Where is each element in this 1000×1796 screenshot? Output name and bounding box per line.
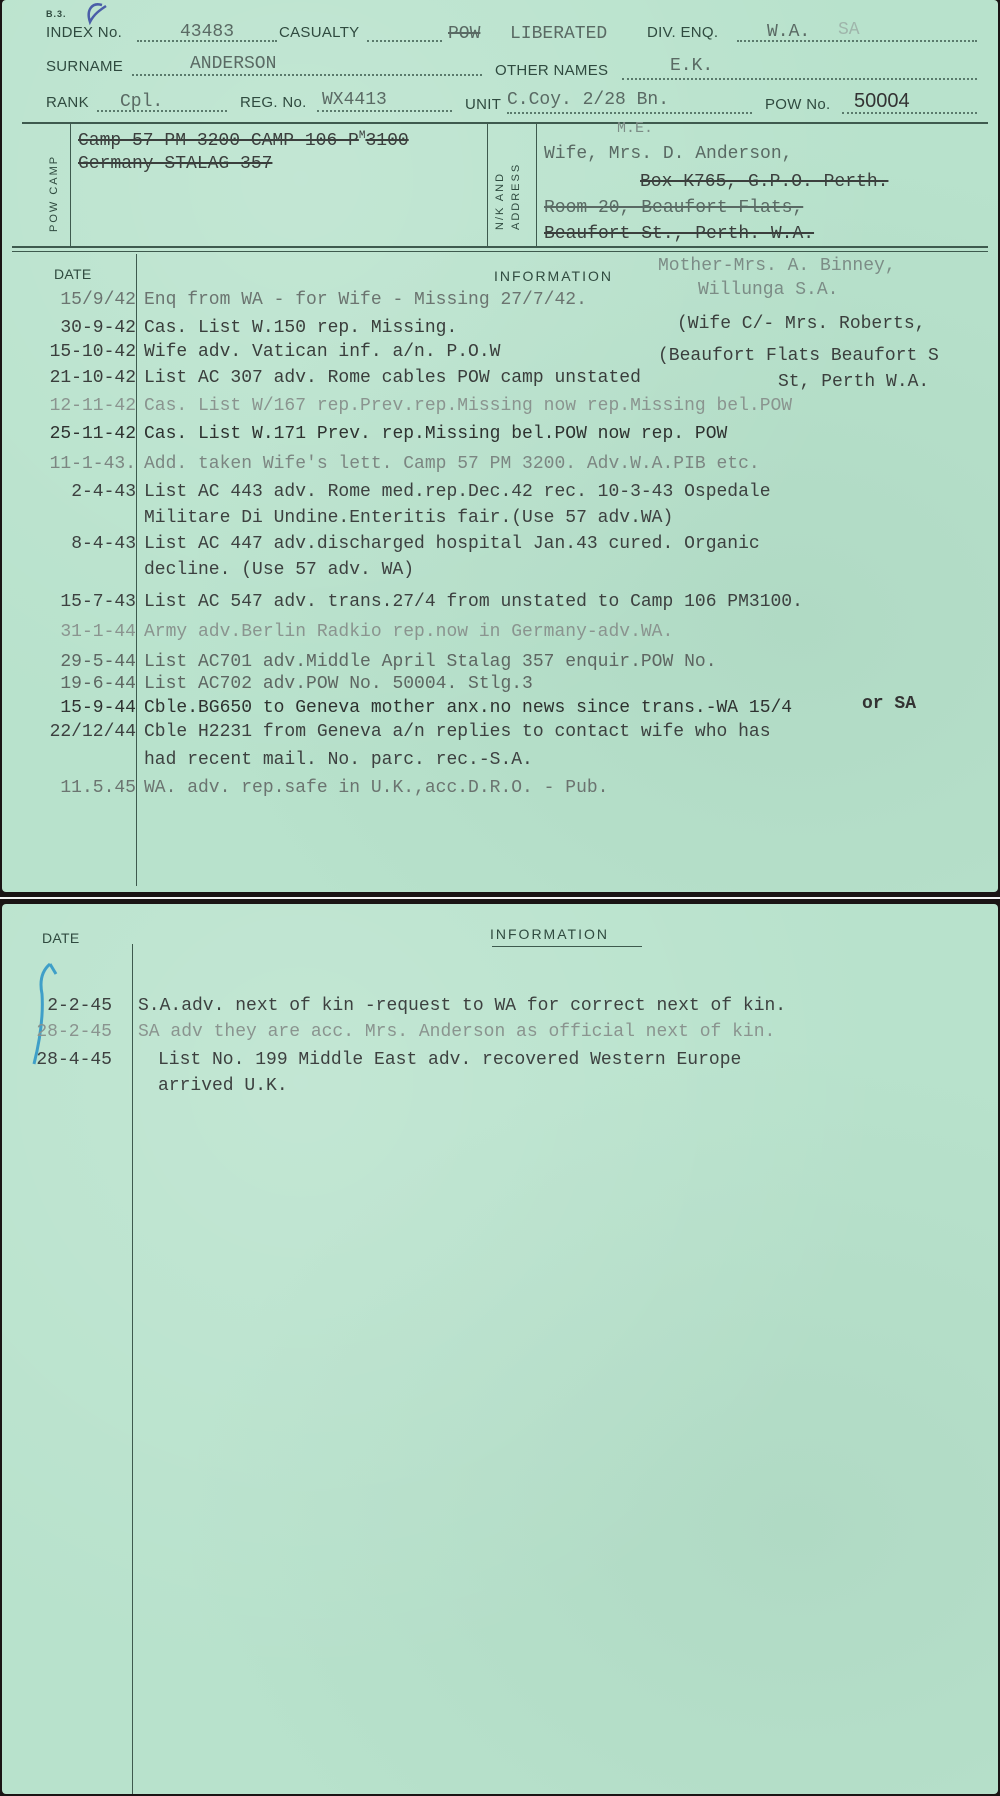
row-text: Army adv.Berlin Radkio rep.now in German…: [144, 622, 673, 642]
row-text: List No. 199 Middle East adv. recovered …: [158, 1050, 741, 1070]
row-date: 15-9-44: [60, 698, 136, 718]
row-text: Cas. List W/167 rep.Prev.rep.Missing now…: [144, 396, 792, 416]
info-row: 2-4-43List AC 443 adv. Rome med.rep.Dec.…: [2, 482, 998, 506]
info-row: 11-1-43.Add. taken Wife's lett. Camp 57 …: [2, 454, 998, 478]
row-text: List AC702 adv.POW No. 50004. Stlg.3: [144, 674, 533, 694]
info-row: arrived U.K.: [2, 1076, 998, 1100]
row-text: List AC 307 adv. Rome cables POW camp un…: [144, 368, 641, 388]
info-row: 28-2-45SA adv they are acc. Mrs. Anderso…: [2, 1022, 998, 1046]
margin-note-mother: Mother-Mrs. A. Binney,: [658, 256, 896, 276]
row-text: WA. adv. rep.safe in U.K.,acc.D.R.O. - P…: [144, 778, 608, 798]
reg-no-value: WX4413: [322, 90, 387, 110]
nok-line-3: Room 20, Beaufort Flats,: [544, 198, 803, 218]
pow-camp-line1: Camp 57 PM 3200 CAMP 106 PM3100: [78, 130, 409, 151]
row-text: S.A.adv. next of kin -request to WA for …: [138, 996, 786, 1016]
row-text: SA adv they are acc. Mrs. Anderson as of…: [138, 1022, 775, 1042]
back-date-header: DATE: [42, 930, 80, 946]
info-row: 12-11-42Cas. List W/167 rep.Prev.rep.Mis…: [2, 396, 998, 420]
nok-line-2: Box K765, G.P.O. Perth.: [640, 172, 888, 192]
row-date: 8-4-43: [71, 534, 136, 554]
rank-label: RANK: [46, 94, 89, 111]
row-date: 12-11-42: [50, 396, 136, 416]
back-information-header: INFORMATION: [490, 926, 609, 942]
unit-label: UNIT: [465, 96, 501, 113]
surname-label: SURNAME: [46, 58, 123, 75]
row-date: 2-4-43: [71, 482, 136, 502]
nok-line-1: Wife, Mrs. D. Anderson,: [544, 144, 792, 164]
info-row: 8-4-43List AC 447 adv.discharged hospita…: [2, 534, 998, 558]
pow-no-value: 50004: [854, 90, 910, 113]
info-row: 31-1-44Army adv.Berlin Radkio rep.now in…: [2, 622, 998, 646]
row-date: 31-1-44: [60, 622, 136, 642]
row-text: Wife adv. Vatican inf. a/n. P.O.W: [144, 342, 500, 362]
pow-camp-label: POW CAMP: [48, 155, 60, 232]
row-text: Cble.BG650 to Geneva mother anx.no news …: [144, 698, 792, 718]
info-row: 15-7-43List AC 547 adv. trans.27/4 from …: [2, 592, 998, 616]
row-text: Cble H2231 from Geneva a/n replies to co…: [144, 722, 771, 742]
info-row: decline. (Use 57 adv. WA): [2, 560, 998, 584]
reg-no-label: REG. No.: [240, 94, 307, 111]
pow-no-label: POW No.: [765, 96, 830, 113]
info-row: 19-6-44List AC702 adv.POW No. 50004. Stl…: [2, 674, 998, 698]
div-enq-extra: SA: [838, 20, 860, 40]
row-text: Militare Di Undine.Enteritis fair.(Use 5…: [144, 508, 673, 528]
row-date: 15-10-42: [50, 342, 136, 362]
nok-label-1: N/K AND: [494, 172, 506, 230]
info-row: 15-10-42Wife adv. Vatican inf. a/n. P.O.…: [2, 342, 998, 366]
row-text: List AC 447 adv.discharged hospital Jan.…: [144, 534, 760, 554]
row-date: 22/12/44: [50, 722, 136, 742]
row-date: 29-5-44: [60, 652, 136, 672]
info-row: 2-2-45S.A.adv. next of kin -request to W…: [2, 996, 998, 1020]
index-card-back: DATE INFORMATION 2-2-45S.A.adv. next of …: [2, 904, 998, 1794]
rank-value: Cpl.: [120, 92, 163, 112]
row-text: decline. (Use 57 adv. WA): [144, 560, 414, 580]
index-no-value: 43483: [180, 22, 234, 42]
row-date: 2-2-45: [47, 996, 112, 1016]
info-row: Militare Di Undine.Enteritis fair.(Use 5…: [2, 508, 998, 532]
row-text: Enq from WA - for Wife - Missing 27/7/42…: [144, 290, 587, 310]
pow-camp-line2: Germany STALAG 357: [78, 154, 272, 174]
info-row: 21-10-42List AC 307 adv. Rome cables POW…: [2, 368, 998, 392]
casualty-label: CASUALTY: [279, 24, 359, 41]
row-date: 11-1-43.: [50, 454, 136, 474]
other-names-label: OTHER NAMES: [495, 62, 608, 79]
row-text: Cas. List W.171 Prev. rep.Missing bel.PO…: [144, 424, 727, 444]
info-row: 15/9/42Enq from WA - for Wife - Missing …: [2, 290, 998, 314]
nok-line-4: Beaufort St., Perth. W.A.: [544, 224, 814, 244]
row-text: had recent mail. No. parc. rec.-S.A.: [144, 750, 533, 770]
info-row: 25-11-42Cas. List W.171 Prev. rep.Missin…: [2, 424, 998, 448]
unit-value: C.Coy. 2/28 Bn.: [507, 90, 669, 110]
index-no-label: INDEX No.: [46, 24, 122, 41]
row-text: List AC 443 adv. Rome med.rep.Dec.42 rec…: [144, 482, 771, 502]
info-row: 15-9-44Cble.BG650 to Geneva mother anx.n…: [2, 698, 998, 722]
info-row: 29-5-44List AC701 adv.Middle April Stala…: [2, 652, 998, 676]
row-date: 25-11-42: [50, 424, 136, 444]
casualty-value: LIBERATED: [510, 24, 607, 44]
date-header: DATE: [54, 266, 92, 282]
row-date: 15/9/42: [60, 290, 136, 310]
row-text: Add. taken Wife's lett. Camp 57 PM 3200.…: [144, 454, 760, 474]
card-separator: [0, 892, 1000, 904]
info-row: 22/12/44Cble H2231 from Geneva a/n repli…: [2, 722, 998, 746]
information-header: INFORMATION: [494, 268, 613, 284]
div-enq-value: W.A.: [767, 22, 810, 42]
row-text: List AC701 adv.Middle April Stalag 357 e…: [144, 652, 717, 672]
casualty-struck: POW: [448, 24, 480, 44]
info-row: 30-9-42Cas. List W.150 rep. Missing.: [2, 318, 998, 342]
info-row: 11.5.45WA. adv. rep.safe in U.K.,acc.D.R…: [2, 778, 998, 802]
other-names-value: E.K.: [670, 56, 713, 76]
info-row: had recent mail. No. parc. rec.-S.A.: [2, 750, 998, 774]
surname-value: ANDERSON: [190, 54, 276, 74]
row-date: 19-6-44: [60, 674, 136, 694]
info-row: 28-4-45List No. 199 Middle East adv. rec…: [2, 1050, 998, 1074]
row-date: 28-2-45: [36, 1022, 112, 1042]
nok-label-2: ADDRESS: [510, 163, 522, 230]
row-date: 11.5.45: [60, 778, 136, 798]
row-date: 28-4-45: [36, 1050, 112, 1070]
nok-annotation: M.E.: [617, 120, 653, 137]
row-date: 21-10-42: [50, 368, 136, 388]
div-enq-label: DIV. ENQ.: [647, 24, 718, 41]
row-text: arrived U.K.: [158, 1076, 288, 1096]
index-card-front: B.3. INDEX No. 43483 CASUALTY POW LIBERA…: [2, 0, 998, 892]
row-text: Cas. List W.150 rep. Missing.: [144, 318, 457, 338]
row-date: 30-9-42: [60, 318, 136, 338]
row-text: List AC 547 adv. trans.27/4 from unstate…: [144, 592, 803, 612]
form-code: B.3.: [46, 9, 67, 19]
row-date: 15-7-43: [60, 592, 136, 612]
